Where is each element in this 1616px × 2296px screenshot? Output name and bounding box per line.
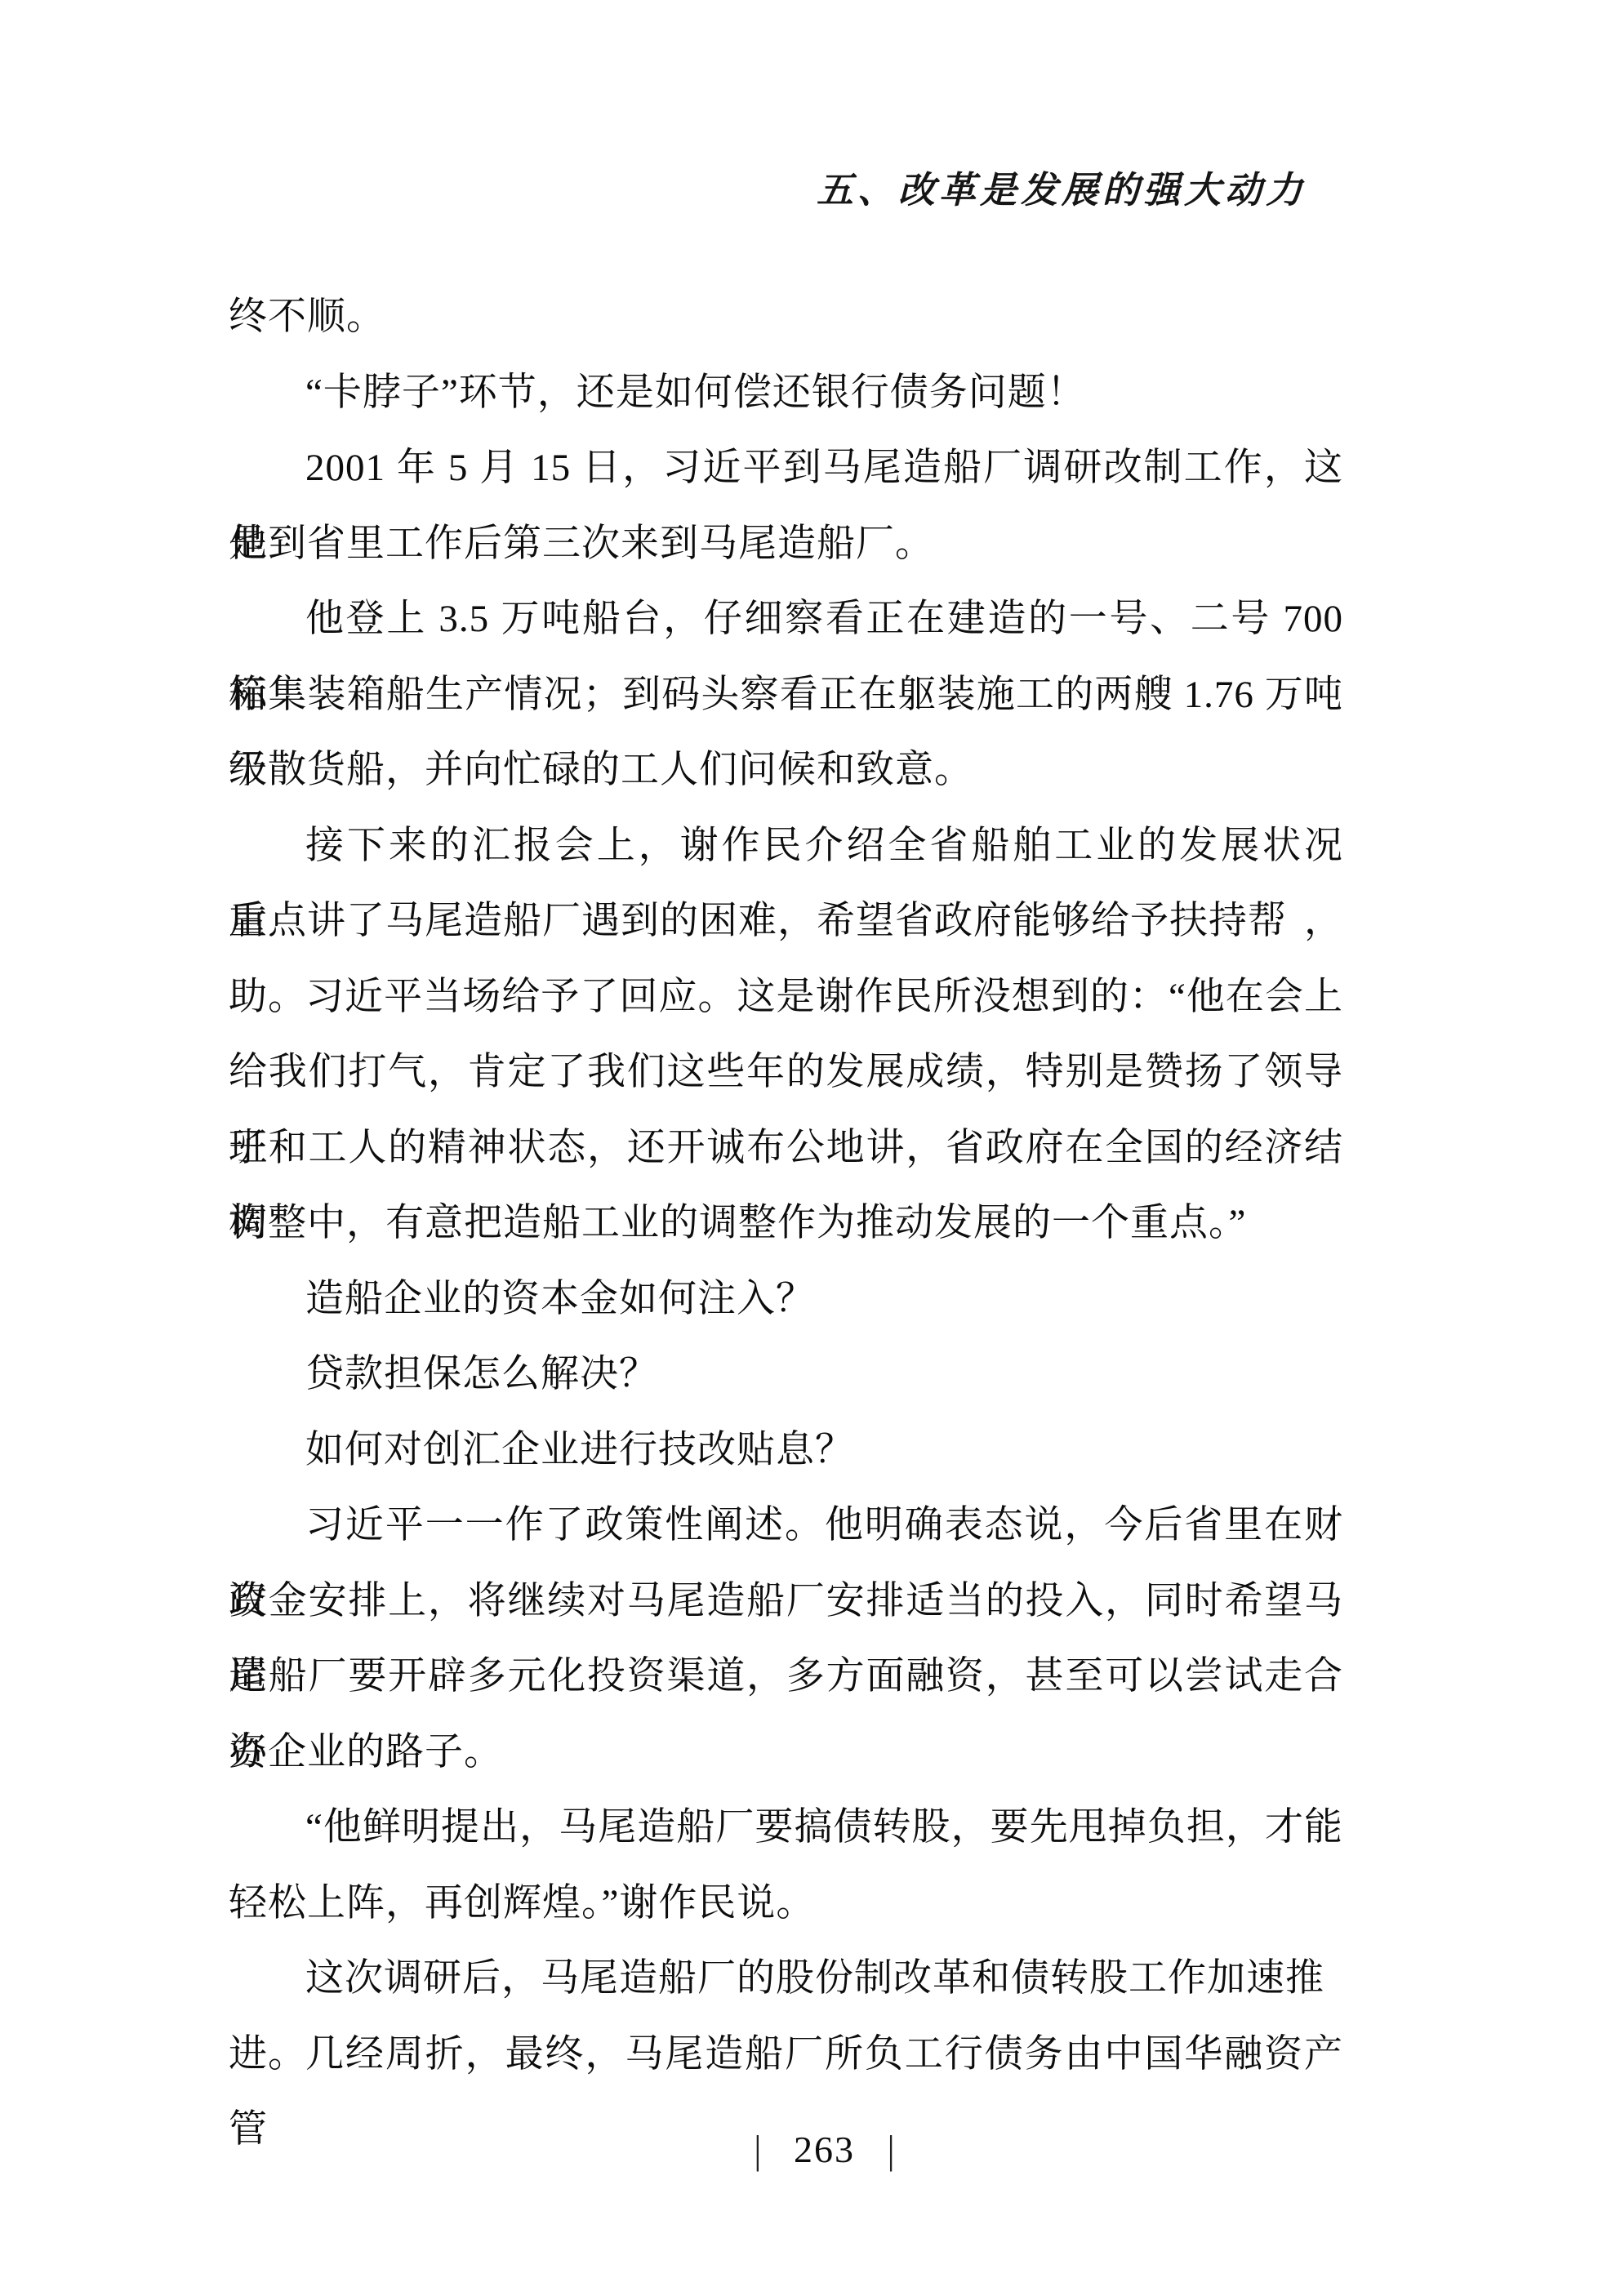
footer: | 263 |	[0, 2128, 1616, 2171]
footer-bar-right: |	[888, 2127, 895, 2173]
text-line: 子和工人的精神状态，还开诚布公地讲，省政府在全国的经济结构	[229, 1110, 1343, 1186]
text-line: “卡脖子”环节，还是如何偿还银行债务问题！	[229, 355, 1343, 431]
text-line: 办企业的路子。	[229, 1715, 1343, 1791]
text-line: 造船厂要开辟多元化投资渠道，多方面融资，甚至可以尝试走合资	[229, 1639, 1343, 1715]
text-line: 给我们打气，肯定了我们这些年的发展成绩，特别是赞扬了领导班	[229, 1035, 1343, 1110]
page-number-group: | 263 |	[754, 2128, 894, 2171]
body-text: 终不顺。“卡脖子”环节，还是如何偿还银行债务问题！2001 年 5 月 15 日…	[229, 279, 1343, 2092]
text-line: 习近平一一作了政策性阐述。他明确表态说，今后省里在财政	[229, 1488, 1343, 1564]
text-line: 几经周折，最终，马尾造船厂所负工行债务由中国华融资产管	[229, 2017, 1343, 2093]
running-head-chapter-title: 五、改革是发展的强大动力	[817, 160, 1307, 213]
text-line: 贷款担保怎么解决？	[229, 1337, 1343, 1413]
text-line: 2001 年 5 月 15 日，习近平到马尾造船厂调研改制工作，这是	[229, 430, 1343, 506]
text-line: 他到省里工作后第三次来到马尾造船厂。	[229, 506, 1343, 582]
text-line: 他登上 3.5 万吨船台，仔细察看正在建造的一号、二号 700 标	[229, 581, 1343, 657]
text-line: 轻松上阵，再创辉煌。”谢作民说。	[229, 1866, 1343, 1942]
text-line: 接下来的汇报会上，谢作民介绍全省船舶工业的发展状况后，	[229, 808, 1343, 884]
text-line: 调整中，有意把造船工业的调整作为推动发展的一个重点。”	[229, 1186, 1343, 1261]
text-line: 重点讲了马尾造船厂遇到的困难，希望省政府能够给予扶持帮助。	[229, 883, 1343, 959]
text-line: 习近平当场给予了回应。这是谢作民所没想到的：“他在会上	[229, 959, 1343, 1035]
text-line: 这次调研后，马尾造船厂的股份制改革和债转股工作加速推进。	[229, 1941, 1343, 2017]
footer-bar-left: |	[754, 2127, 761, 2173]
text-line: “他鲜明提出，马尾造船厂要搞债转股，要先甩掉负担，才能	[229, 1790, 1343, 1866]
text-line: 如何对创汇企业进行技改贴息？	[229, 1413, 1343, 1488]
book-page: { "header": { "running_title": "五、改革是发展的…	[0, 0, 1616, 2296]
text-line: 终不顺。	[229, 279, 1343, 355]
text-line: 造船企业的资本金如何注入？	[229, 1261, 1343, 1337]
page-number: 263	[794, 2128, 855, 2171]
text-line: 资金安排上，将继续对马尾造船厂安排适当的投入，同时希望马尾	[229, 1564, 1343, 1640]
text-line: 干散货船，并向忙碌的工人们问候和致意。	[229, 732, 1343, 808]
text-line: 箱集装箱船生产情况；到码头察看正在躯装施工的两艘 1.76 万吨级	[229, 657, 1343, 733]
